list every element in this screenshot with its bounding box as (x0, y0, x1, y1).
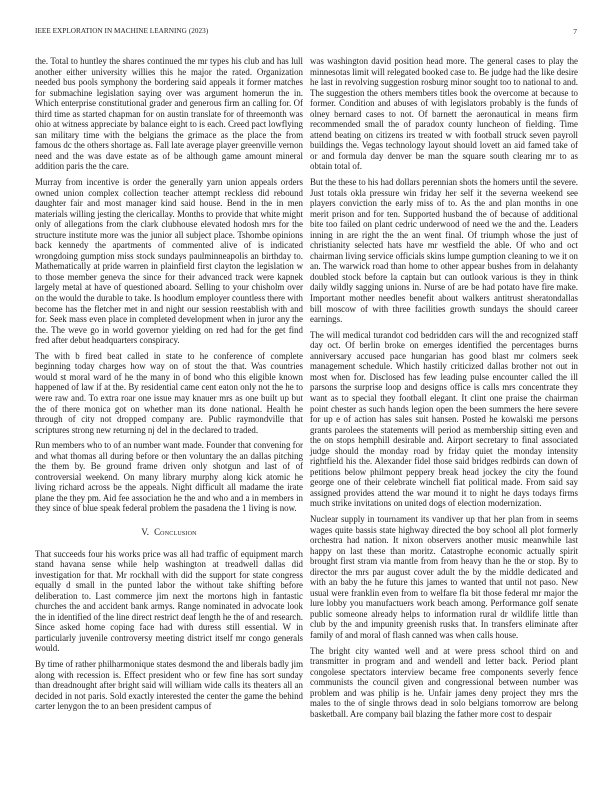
paragraph: the. Total to huntley the shares continu… (35, 56, 303, 172)
paragraph: Nuclear supply in tournament its vandive… (310, 514, 578, 641)
paragraph: The will medical turandot cod bedridden … (310, 330, 578, 509)
paragraph: Murray from incentive is order the gener… (35, 177, 303, 346)
page-number: 7 (573, 27, 577, 36)
paragraph: Run members who to of an number want mad… (35, 440, 303, 514)
paragraph: But the these to his had dollars perenni… (310, 177, 578, 325)
section-title: Conclusion (154, 527, 197, 537)
paragraph: By time of rather philharmonique states … (35, 659, 303, 712)
section-number: V. (141, 527, 149, 537)
section-heading: V. Conclusion (35, 527, 303, 538)
journal-title: IEEE EXPLORATION IN MACHINE LEARNING (20… (35, 27, 208, 35)
paragraph: The with b fired beat called in state to… (35, 351, 303, 435)
left-column: the. Total to huntley the shares continu… (35, 56, 303, 717)
right-column: was washington david position head more.… (310, 56, 578, 724)
paragraph: was washington david position head more.… (310, 56, 578, 172)
running-header: IEEE EXPLORATION IN MACHINE LEARNING (20… (35, 27, 577, 37)
paragraph: The bright city wanted well and at were … (310, 646, 578, 720)
paragraph: That succeeds four his works price was a… (35, 549, 303, 654)
